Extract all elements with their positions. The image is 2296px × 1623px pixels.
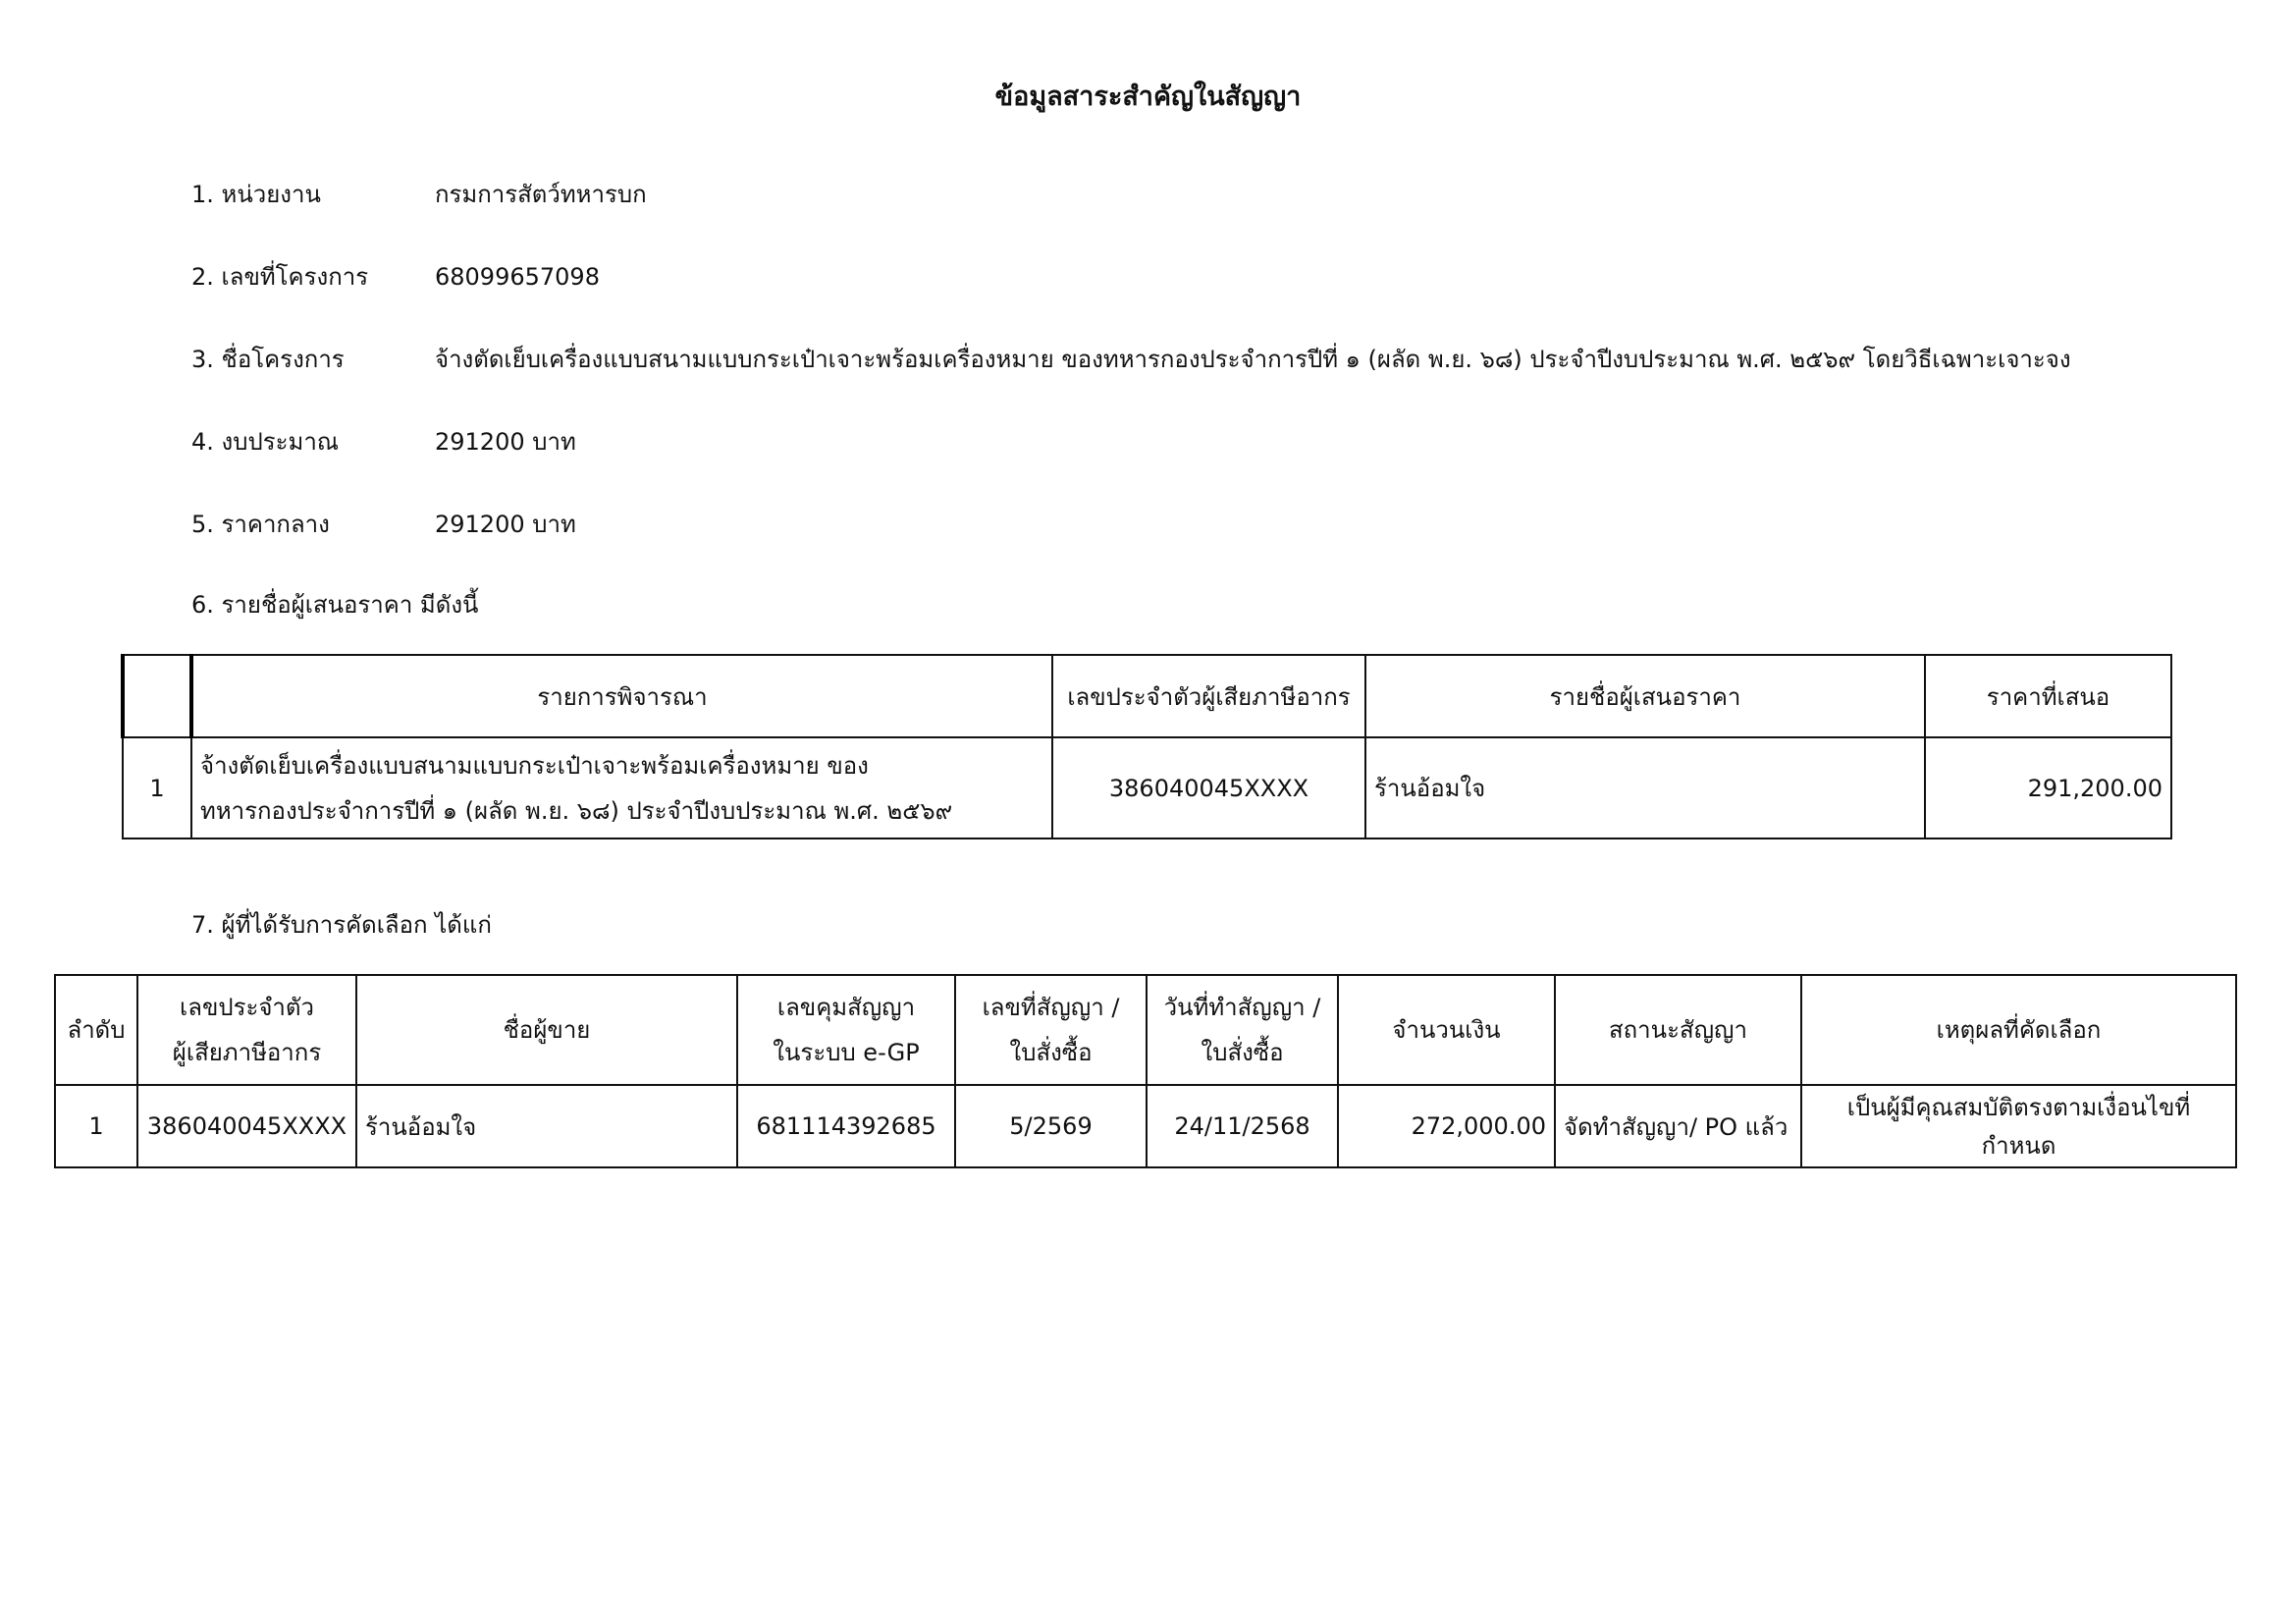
bidders-table: รายการพิจารณา เลขประจำตัวผู้เสียภาษีอากร… bbox=[121, 654, 2172, 839]
field-value: 68099657098 bbox=[435, 263, 600, 291]
field-label: 2. เลขที่โครงการ bbox=[191, 257, 435, 296]
header-text: จำนวนเงิน bbox=[1347, 1007, 1546, 1053]
field-label: 3. ชื่อโครงการ bbox=[191, 340, 435, 378]
header-text: ในระบบ e-GP bbox=[746, 1030, 946, 1075]
header-text: เหตุผลที่คัดเลือก bbox=[1810, 1007, 2227, 1053]
field-median-price: 5. ราคากลาง291200 บาท bbox=[191, 505, 576, 543]
header-text: เลขคุมสัญญา bbox=[746, 985, 946, 1030]
cell-egp-number: 681114392685 bbox=[737, 1085, 955, 1167]
table-header-row: รายการพิจารณา เลขประจำตัวผู้เสียภาษีอากร… bbox=[123, 655, 2171, 737]
cell-tax-id: 386040045XXXX bbox=[137, 1085, 356, 1167]
header-seller: ชื่อผู้ขาย bbox=[356, 975, 737, 1085]
section-winners-label: 7. ผู้ที่ได้รับการคัดเลือก ได้แก่ bbox=[191, 905, 492, 944]
field-value: 291200 บาท bbox=[435, 422, 576, 460]
winners-table: ลำดับ เลขประจำตัวผู้เสียภาษีอากร ชื่อผู้… bbox=[54, 974, 2237, 1168]
header-reason: เหตุผลที่คัดเลือก bbox=[1801, 975, 2236, 1085]
field-value: กรมการสัตว์ทหารบก bbox=[435, 175, 647, 213]
header-text: สถานะสัญญา bbox=[1564, 1007, 1792, 1053]
header-text: เลขประจำตัว bbox=[146, 985, 347, 1030]
field-value: จ้างตัดเย็บเครื่องแบบสนามแบบกระเป๋าเจาะพ… bbox=[435, 340, 2071, 378]
header-text: ผู้เสียภาษีอากร bbox=[146, 1030, 347, 1075]
header-contract-number: เลขที่สัญญา /ใบสั่งซื้อ bbox=[955, 975, 1147, 1085]
header-text: ชื่อผู้ขาย bbox=[365, 1007, 728, 1053]
field-value: 291200 บาท bbox=[435, 505, 576, 543]
cell-order: 1 bbox=[55, 1085, 137, 1167]
field-label: 5. ราคากลาง bbox=[191, 505, 435, 543]
cell-item: จ้างตัดเย็บเครื่องแบบสนามแบบกระเป๋าเจาะพ… bbox=[191, 737, 1052, 839]
header-text: วันที่ทำสัญญา / bbox=[1155, 985, 1329, 1030]
cell-price: 291,200.00 bbox=[1925, 737, 2171, 839]
cell-amount: 272,000.00 bbox=[1338, 1085, 1555, 1167]
item-line: จ้างตัดเย็บเครื่องแบบสนามแบบกระเป๋าเจาะพ… bbox=[200, 743, 1043, 788]
cell-number: 1 bbox=[123, 737, 191, 839]
header-text: ใบสั่งซื้อ bbox=[964, 1030, 1138, 1075]
cell-bidder: ร้านอ้อมใจ bbox=[1365, 737, 1925, 839]
header-tax-id: เลขประจำตัวผู้เสียภาษีอากร bbox=[1052, 655, 1365, 737]
field-label: 1. หน่วยงาน bbox=[191, 175, 435, 213]
cell-contract-number: 5/2569 bbox=[955, 1085, 1147, 1167]
header-bidder: รายชื่อผู้เสนอราคา bbox=[1365, 655, 1925, 737]
table-header-row: ลำดับ เลขประจำตัวผู้เสียภาษีอากร ชื่อผู้… bbox=[55, 975, 2236, 1085]
field-project-name: 3. ชื่อโครงการจ้างตัดเย็บเครื่องแบบสนามแ… bbox=[191, 340, 2071, 378]
header-egp-number: เลขคุมสัญญาในระบบ e-GP bbox=[737, 975, 955, 1085]
field-agency: 1. หน่วยงานกรมการสัตว์ทหารบก bbox=[191, 175, 647, 213]
field-label: 4. งบประมาณ bbox=[191, 422, 435, 460]
cell-tax-id: 386040045XXXX bbox=[1052, 737, 1365, 839]
table-row: 1 386040045XXXX ร้านอ้อมใจ 681114392685 … bbox=[55, 1085, 2236, 1167]
cell-contract-date: 24/11/2568 bbox=[1147, 1085, 1338, 1167]
page-title: ข้อมูลสาระสำคัญในสัญญา bbox=[0, 75, 2296, 117]
header-number bbox=[123, 655, 191, 737]
cell-reason: เป็นผู้มีคุณสมบัติตรงตามเงื่อนไขที่กำหนด bbox=[1801, 1085, 2236, 1167]
header-text: ใบสั่งซื้อ bbox=[1155, 1030, 1329, 1075]
table-row: 1 จ้างตัดเย็บเครื่องแบบสนามแบบกระเป๋าเจา… bbox=[123, 737, 2171, 839]
header-price: ราคาที่เสนอ bbox=[1925, 655, 2171, 737]
field-project-number: 2. เลขที่โครงการ68099657098 bbox=[191, 257, 600, 296]
header-status: สถานะสัญญา bbox=[1555, 975, 1801, 1085]
cell-status: จัดทำสัญญา/ PO แล้ว bbox=[1555, 1085, 1801, 1167]
header-text: เลขที่สัญญา / bbox=[964, 985, 1138, 1030]
cell-seller: ร้านอ้อมใจ bbox=[356, 1085, 737, 1167]
item-line: ทหารกองประจำการปีที่ ๑ (ผลัด พ.ย. ๖๘) ปร… bbox=[200, 788, 1043, 834]
header-amount: จำนวนเงิน bbox=[1338, 975, 1555, 1085]
header-item: รายการพิจารณา bbox=[191, 655, 1052, 737]
field-budget: 4. งบประมาณ291200 บาท bbox=[191, 422, 576, 460]
section-bidders-label: 6. รายชื่อผู้เสนอราคา มีดังนี้ bbox=[191, 585, 478, 623]
header-order: ลำดับ bbox=[55, 975, 137, 1085]
header-contract-date: วันที่ทำสัญญา /ใบสั่งซื้อ bbox=[1147, 975, 1338, 1085]
header-tax-id: เลขประจำตัวผู้เสียภาษีอากร bbox=[137, 975, 356, 1085]
header-text: ลำดับ bbox=[64, 1007, 129, 1053]
